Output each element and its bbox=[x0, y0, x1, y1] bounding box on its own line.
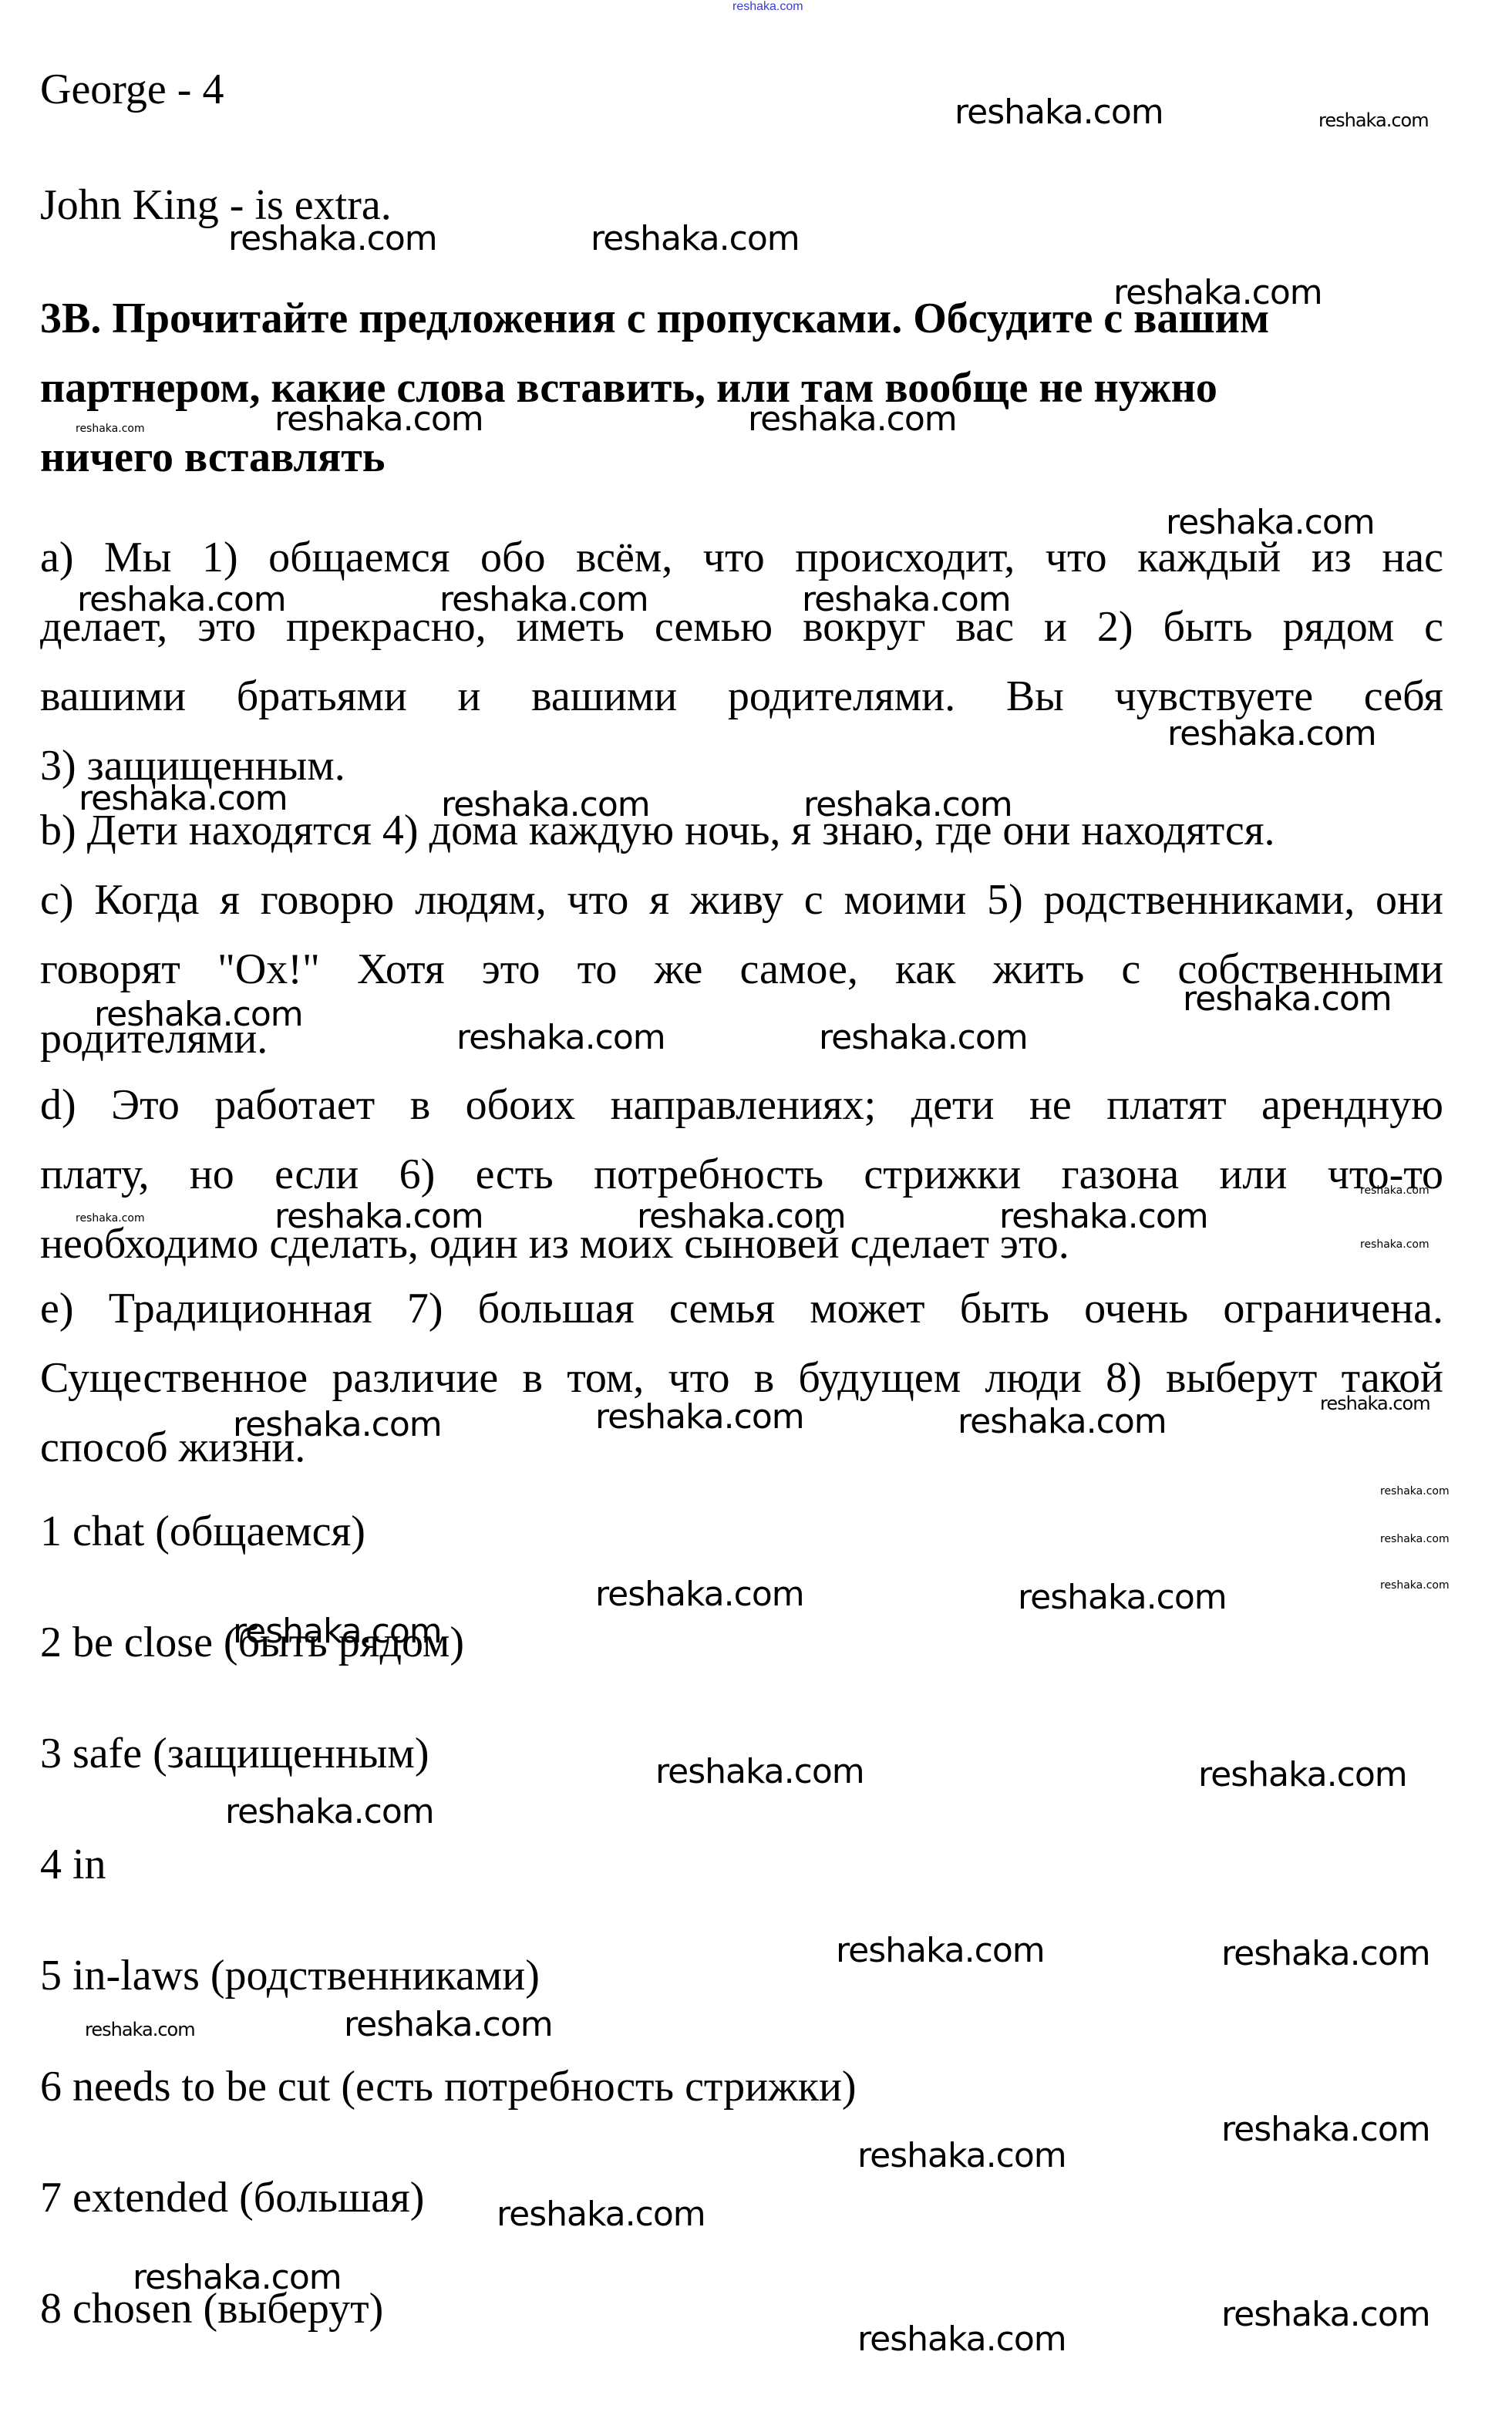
paragraph-b: b) Дети находятся 4) дома каждую ночь, я… bbox=[40, 796, 1443, 865]
paragraph-line: необходимо сделать, один из моих сыновей… bbox=[40, 1209, 1443, 1279]
watermark: reshaka.com bbox=[497, 2195, 705, 2234]
watermark: reshaka.com bbox=[1380, 1485, 1450, 1498]
answer-item: 7 extended (большая) bbox=[40, 2176, 424, 2219]
watermark: reshaka.com bbox=[595, 1575, 804, 1614]
paragraph-line: 3) защищенным. bbox=[40, 731, 1443, 800]
answer-item: 2 be close (быть рядом) bbox=[40, 1621, 464, 1664]
watermark: reshaka.com bbox=[1221, 2110, 1430, 2149]
watermark: reshaka.com bbox=[225, 1792, 434, 1831]
answer-item: 8 chosen (выберут) bbox=[40, 2287, 383, 2330]
paragraph-line: d) Это работает в обоих направлениях; де… bbox=[40, 1070, 1443, 1140]
paragraph-line: говорят "Ох!" Хотя это то же самое, как … bbox=[40, 935, 1443, 1004]
header-watermark: reshaka.com bbox=[732, 0, 803, 14]
watermark: reshaka.com bbox=[1198, 1755, 1407, 1794]
paragraph-line: e) Традиционная 7) большая семья может б… bbox=[40, 1274, 1443, 1343]
watermark: reshaka.com bbox=[1221, 2295, 1430, 2334]
answer-item: 3 safe (защищенным) bbox=[40, 1732, 429, 1775]
paragraph-line: родителями. bbox=[40, 1004, 1443, 1073]
answer-item: 6 needs to be cut (есть потребность стри… bbox=[40, 2065, 857, 2108]
document-page: reshaka.com George - 4 John King - is ex… bbox=[0, 0, 1512, 2419]
paragraph-line: плату, но если 6) есть потребность стриж… bbox=[40, 1140, 1443, 1209]
watermark: reshaka.com bbox=[1318, 109, 1429, 131]
heading-line: ничего вставлять bbox=[40, 423, 1443, 492]
paragraph-line: вашими братьями и вашими родителями. Вы … bbox=[40, 662, 1443, 731]
heading-line: 3В. Прочитайте предложения с пропусками.… bbox=[40, 284, 1443, 353]
exercise-heading: 3В. Прочитайте предложения с пропусками.… bbox=[40, 284, 1443, 492]
paragraph-line: b) Дети находятся 4) дома каждую ночь, я… bbox=[40, 796, 1443, 865]
watermark: reshaka.com bbox=[85, 2019, 195, 2040]
watermark: reshaka.com bbox=[655, 1752, 864, 1791]
answer-item: 5 in-laws (родственниками) bbox=[40, 1954, 540, 1997]
paragraph-d: d) Это работает в обоих направлениях; де… bbox=[40, 1070, 1443, 1279]
watermark: reshaka.com bbox=[1380, 1533, 1450, 1545]
answer-item: 1 chat (общаемся) bbox=[40, 1510, 365, 1553]
answer-item: 4 in bbox=[40, 1843, 106, 1886]
matching-result-george: George - 4 bbox=[40, 68, 224, 111]
matching-result-john-king: John King - is extra. bbox=[40, 184, 392, 227]
paragraph-line: c) Когда я говорю людям, что я живу с мо… bbox=[40, 865, 1443, 935]
watermark: reshaka.com bbox=[955, 93, 1163, 132]
paragraph-a: a) Мы 1) общаемся обо всём, что происход… bbox=[40, 523, 1443, 800]
watermark: reshaka.com bbox=[1018, 1578, 1227, 1617]
watermark: reshaka.com bbox=[1221, 1934, 1430, 1973]
paragraph-c: c) Когда я говорю людям, что я живу с мо… bbox=[40, 865, 1443, 1073]
watermark: reshaka.com bbox=[591, 219, 800, 258]
watermark: reshaka.com bbox=[836, 1931, 1045, 1970]
watermark: reshaka.com bbox=[857, 2136, 1066, 2175]
paragraph-line: Существенное различие в том, что в будущ… bbox=[40, 1343, 1443, 1413]
watermark: reshaka.com bbox=[1380, 1579, 1450, 1592]
watermark: reshaka.com bbox=[857, 2320, 1066, 2359]
paragraph-line: способ жизни. bbox=[40, 1413, 1443, 1482]
watermark: reshaka.com bbox=[344, 2005, 553, 2044]
paragraph-line: делает, это прекрасно, иметь семью вокру… bbox=[40, 592, 1443, 662]
paragraph-e: e) Традиционная 7) большая семья может б… bbox=[40, 1274, 1443, 1482]
paragraph-line: a) Мы 1) общаемся обо всём, что происход… bbox=[40, 523, 1443, 592]
heading-line: партнером, какие слова вставить, или там… bbox=[40, 353, 1443, 423]
